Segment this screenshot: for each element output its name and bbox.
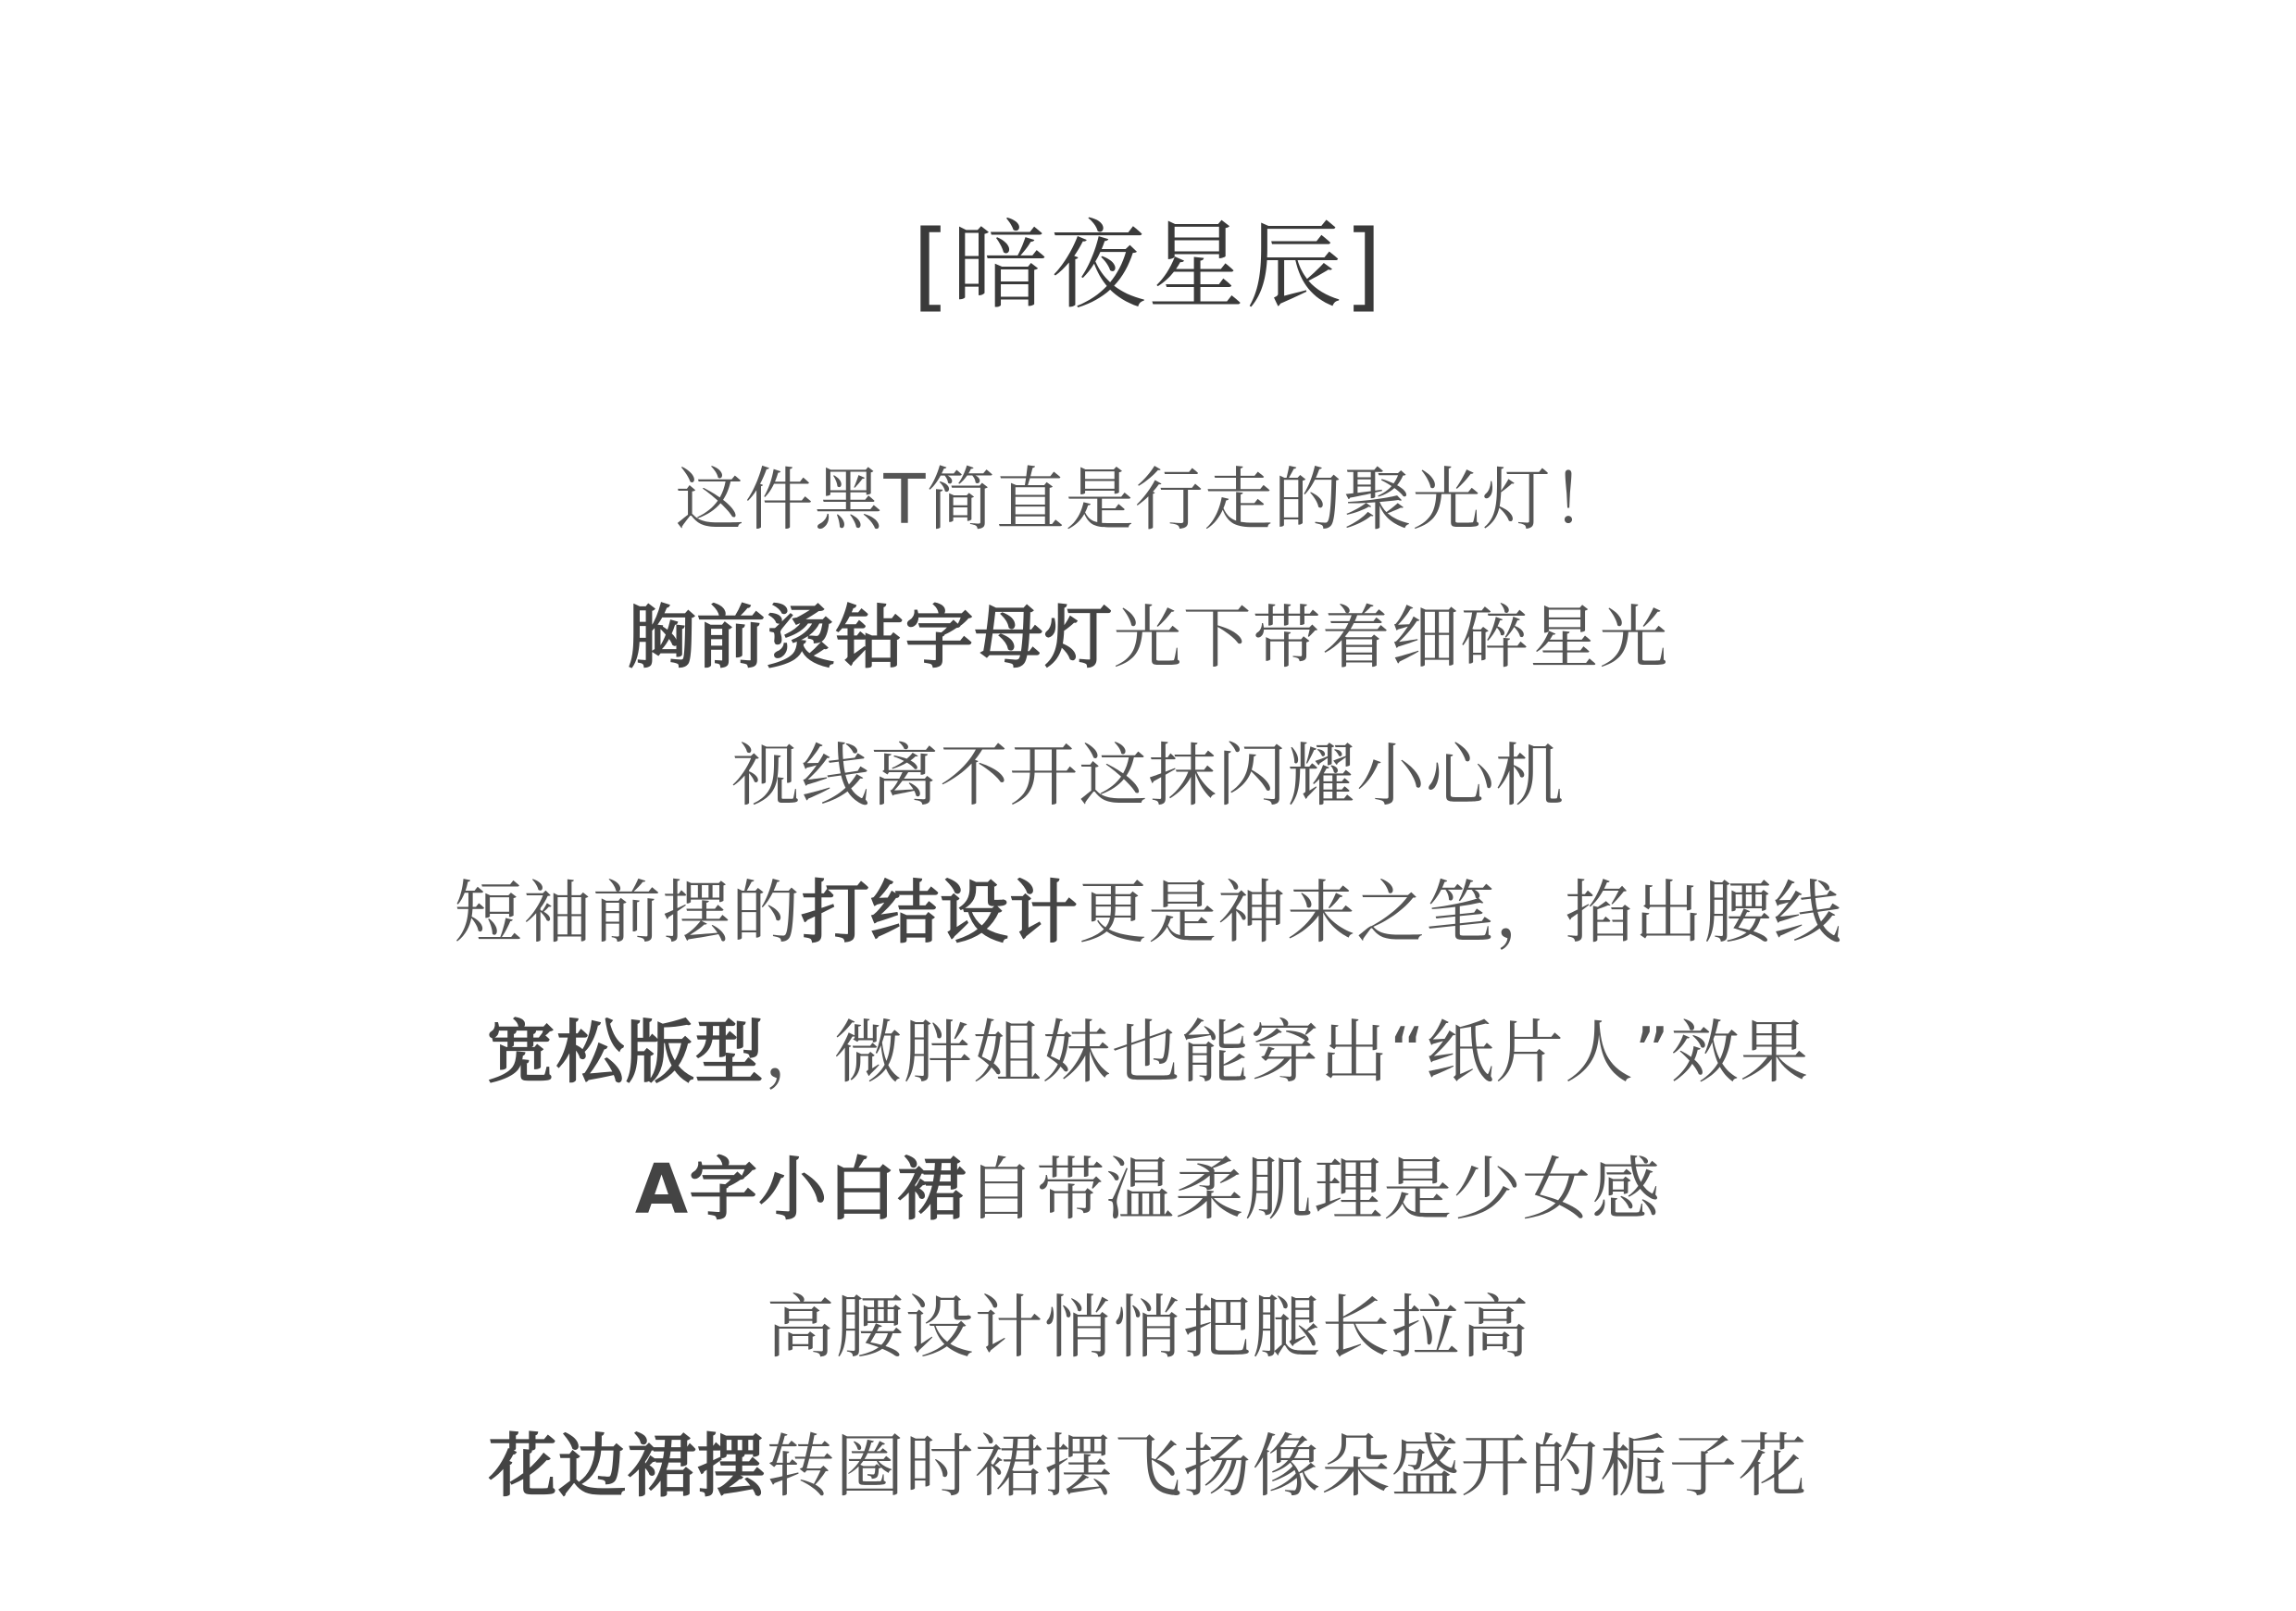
description-line: 花边裙摆转圈时裙摆飞扬像朵盛开的栀子花 bbox=[0, 1420, 2296, 1513]
highlight-text: 胸前烫钻字母灯 bbox=[628, 598, 1114, 678]
description-line: 高腰设计悄悄把腿长拉高 bbox=[0, 1281, 2296, 1374]
body-text: 自带温柔肌理是少女感 bbox=[967, 1150, 1661, 1230]
body-text: 光下带着细碎星光 bbox=[1114, 598, 1669, 678]
section-title: [暗夜星辰] bbox=[0, 206, 2296, 326]
highlight-text: 花边裙摆 bbox=[489, 1427, 767, 1506]
highlight-text: 打结设计 bbox=[801, 873, 1079, 953]
description-line: 视线离不开这抹闪耀小心机 bbox=[0, 730, 2296, 822]
highlight-text: 宽松版型 bbox=[487, 1013, 765, 1093]
body-text: 短袖前摆的 bbox=[454, 873, 801, 953]
body-text: 视线离不开这抹闪耀小心机 bbox=[731, 736, 1565, 816]
description-line: 宽松版型，微胖姐妹也能穿出“纸片人”效果 bbox=[0, 1006, 2296, 1099]
description-line: 这件黑T简直是行走的聚光灯！ bbox=[0, 454, 2296, 546]
body-text: 这件黑T简直是行走的聚光灯！ bbox=[675, 460, 1620, 540]
description-line: A字小白裙自带温柔肌理是少女感 bbox=[0, 1143, 2296, 1236]
body-text: 高腰设计悄悄把腿长拉高 bbox=[767, 1288, 1530, 1367]
description-line: 胸前烫钻字母灯光下带着细碎星光 bbox=[0, 592, 2296, 684]
body-text: 更是神来之笔，掐出腰线 bbox=[1079, 873, 1842, 953]
body-text: ，微胖姐妹也能穿出“纸片人”效果 bbox=[765, 1013, 1810, 1093]
highlight-text: A字小白裙 bbox=[635, 1150, 967, 1230]
body-text: 转圈时裙摆飞扬像朵盛开的栀子花 bbox=[767, 1427, 1808, 1506]
description-line: 短袖前摆的打结设计更是神来之笔，掐出腰线 bbox=[0, 867, 2296, 959]
